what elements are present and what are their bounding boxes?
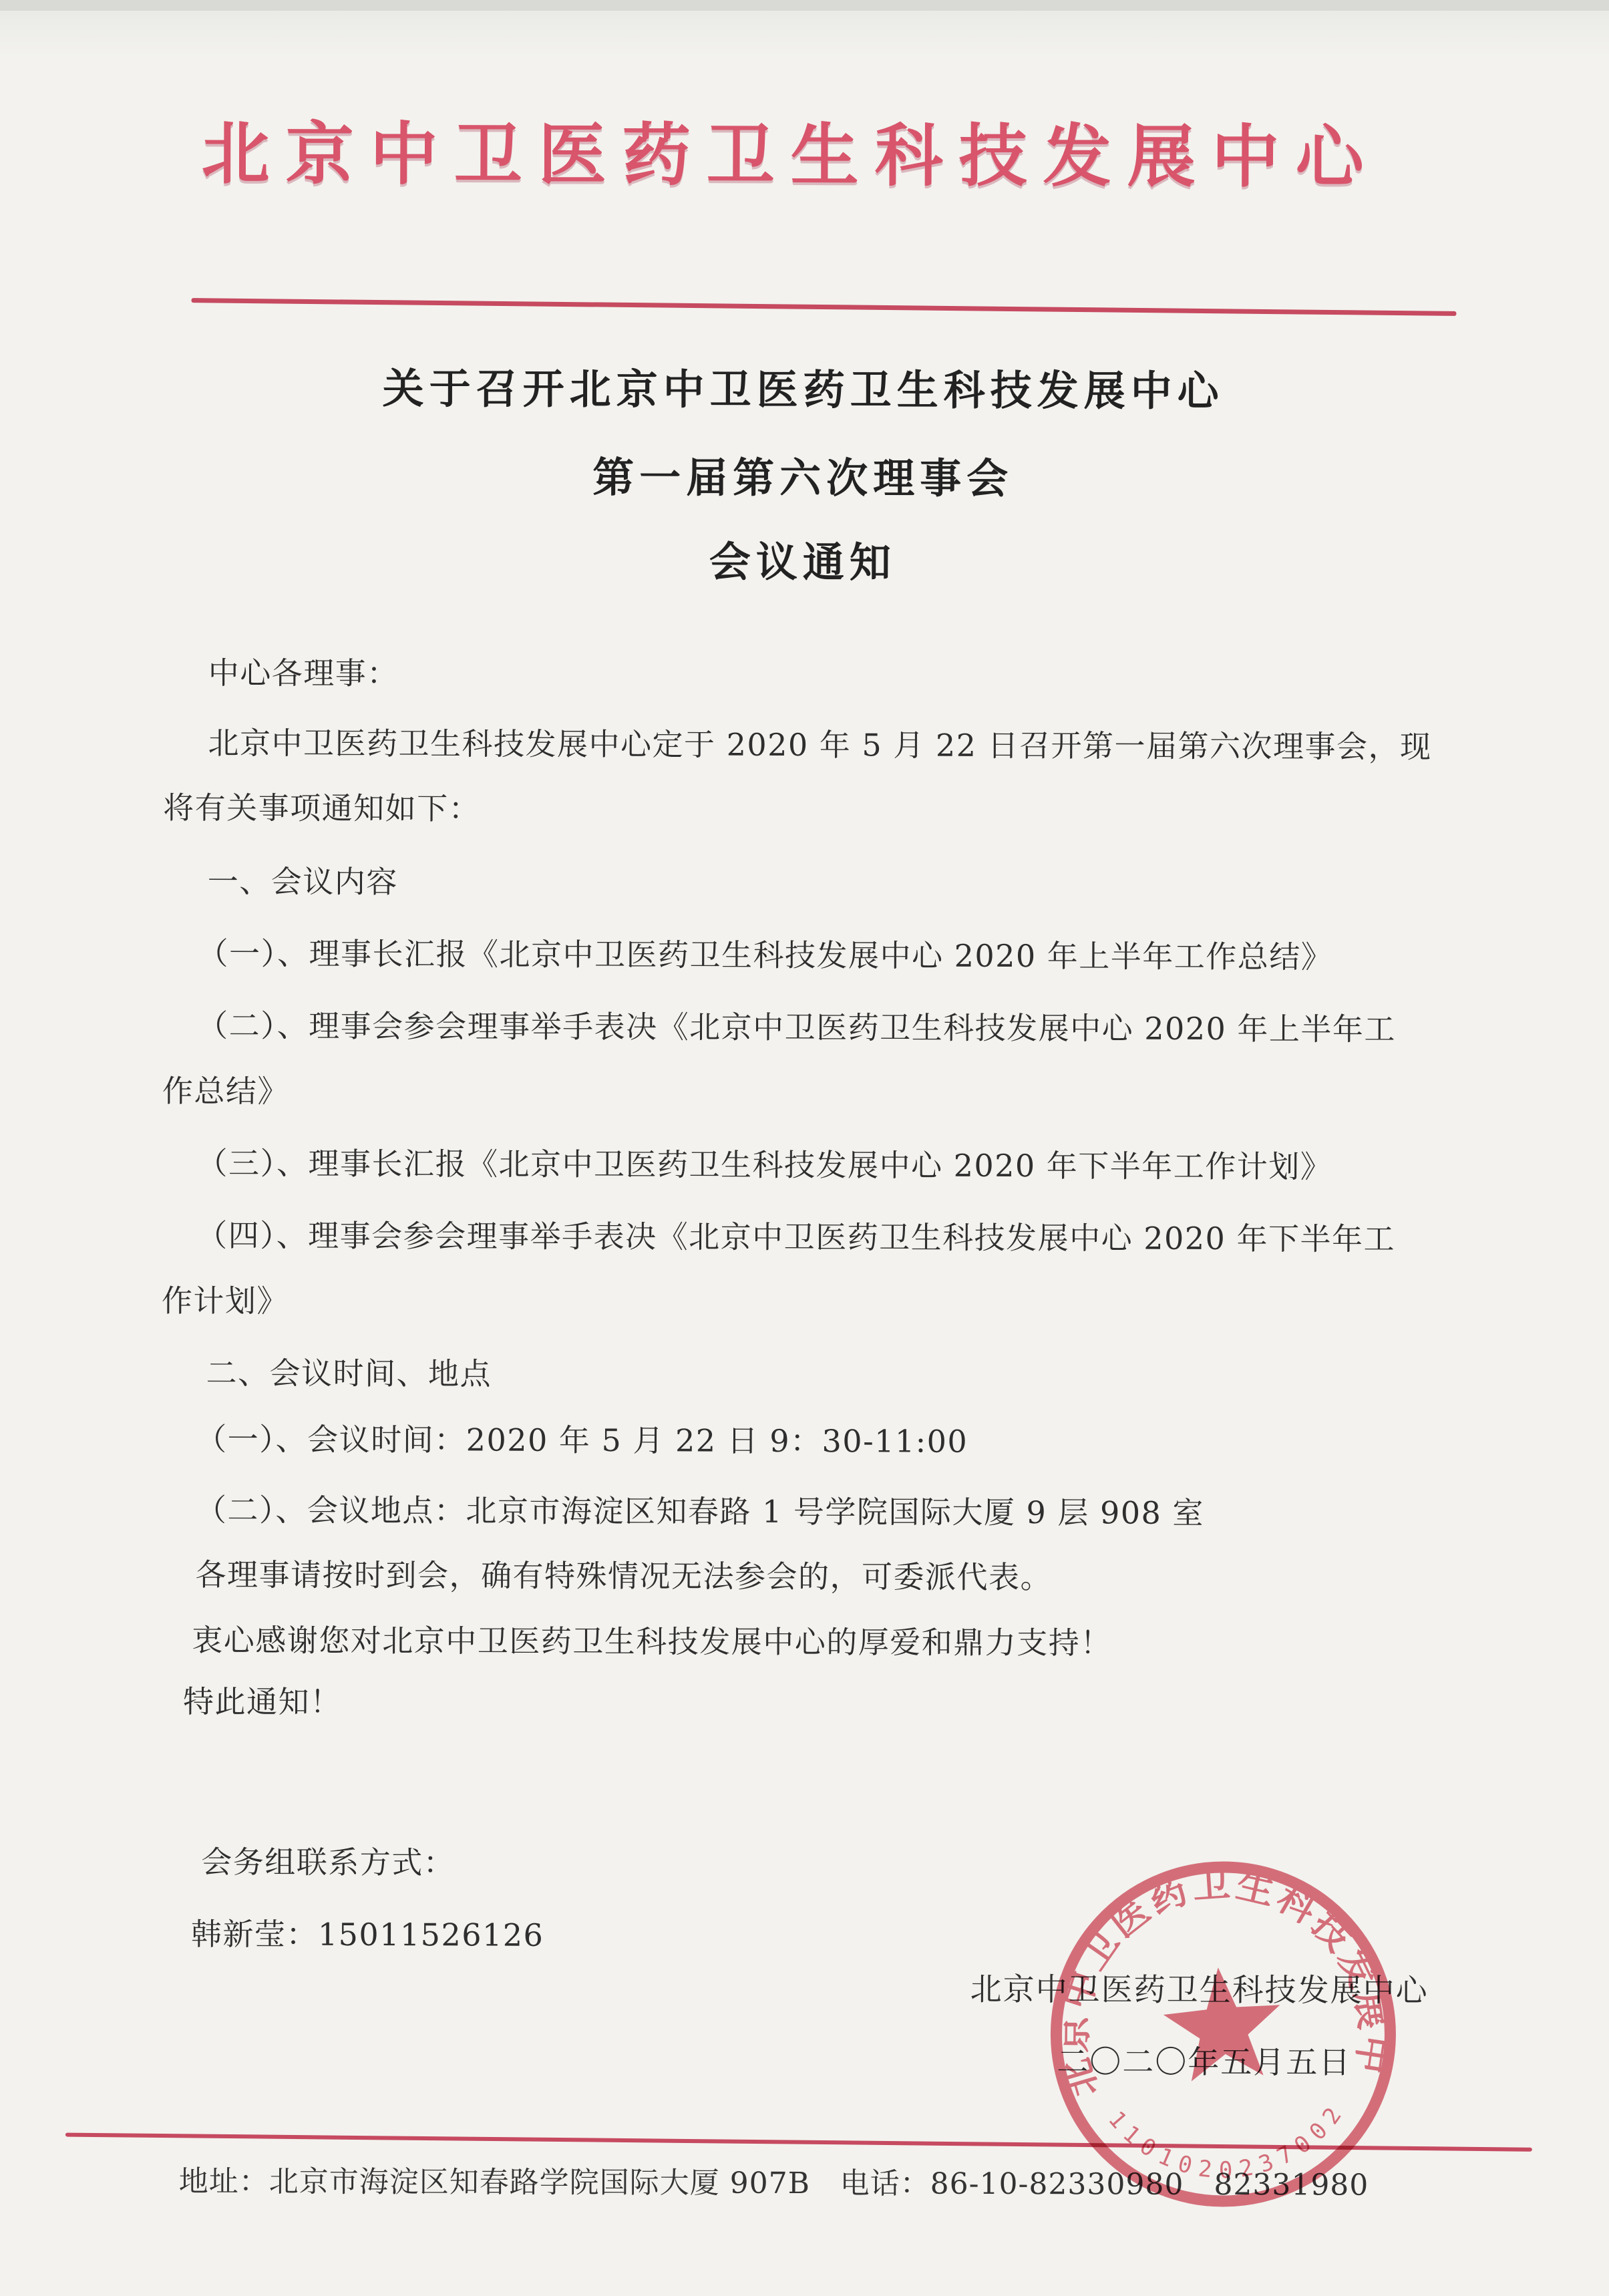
body-section-heading: 一、会议内容: [208, 862, 398, 900]
body-agenda-item: （二）、理事会参会理事举手表决《北京中卫医药卫生科技发展中心 2020 年上半年…: [197, 1007, 1396, 1048]
body-attendance-note: 各理事请按时到会，确有特殊情况无法参会的，可委派代表。: [196, 1556, 1053, 1596]
official-red-seal: 北京中卫医药卫生科技发展中心 1101020237002: [1036, 1846, 1411, 2222]
body-notice-close: 特此通知！: [183, 1683, 342, 1721]
body-salutation: 中心各理事：: [208, 654, 399, 692]
doc-title-line-1: 关于召开北京中卫医药卫生科技发展中心: [0, 354, 1608, 419]
body-meeting-place: （二）、会议地点：北京市海淀区知春路 1 号学院国际大厦 9 层 908 室: [196, 1491, 1204, 1532]
body-section-heading: 二、会议时间、地点: [206, 1354, 492, 1392]
body-paragraph-line: 北京中卫医药卫生科技发展中心定于 2020 年 5 月 22 日召开第一届第六次…: [208, 724, 1431, 766]
body-agenda-item: （三）、理事长汇报《北京中卫医药卫生科技发展中心 2020 年下半年工作计划》: [196, 1144, 1332, 1185]
contact-heading: 会务组联系方式：: [201, 1843, 455, 1881]
document-content: 北京中卫医药卫生科技发展中心 关于召开北京中卫医药卫生科技发展中心 第一届第六次…: [0, 0, 1609, 2296]
body-thanks-note: 衷心感谢您对北京中卫医药卫生科技发展中心的厚爱和鼎力支持！: [192, 1621, 1112, 1661]
doc-title-line-2: 第一届第六次理事会: [0, 442, 1608, 507]
doc-title-line-3: 会议通知: [0, 526, 1608, 591]
body-agenda-item-wrap: 作计划》: [162, 1282, 289, 1320]
star-icon: [1160, 1963, 1286, 2084]
body-paragraph-line: 将有关事项通知如下：: [163, 789, 480, 827]
letterhead-org-name: 北京中卫医药卫生科技发展中心: [0, 99, 1582, 201]
footer-address: 地址：北京市海淀区知春路学院国际大厦 907B: [179, 2157, 811, 2202]
body-meeting-time: （一）、会议时间：2020 年 5 月 22 日 9：30-11:00: [196, 1420, 968, 1460]
contact-person-phone: 韩新莹：15011526126: [191, 1915, 544, 1954]
body-agenda-item: （四）、理事会参会理事举手表决《北京中卫医药卫生科技发展中心 2020 年下半年…: [196, 1216, 1395, 1258]
body-agenda-item-wrap: 作总结》: [162, 1072, 289, 1110]
body-agenda-item: （一）、理事长汇报《北京中卫医药卫生科技发展中心 2020 年上半年工作总结》: [197, 935, 1332, 975]
letterhead-divider-line: [192, 298, 1457, 316]
scanned-notice-document: 北京中卫医药卫生科技发展中心 关于召开北京中卫医药卫生科技发展中心 第一届第六次…: [0, 0, 1609, 2296]
